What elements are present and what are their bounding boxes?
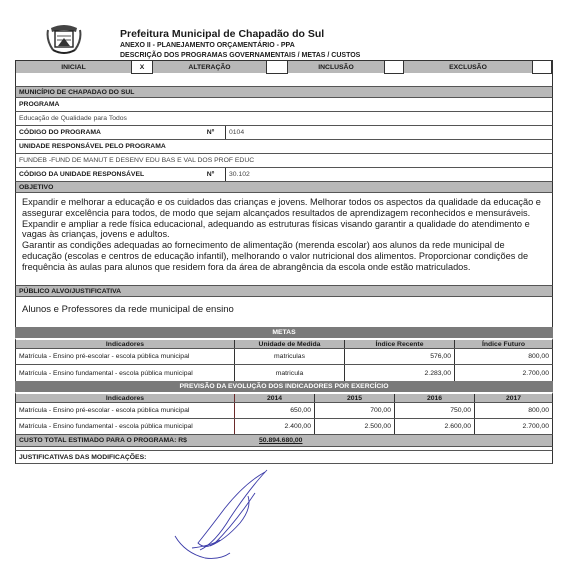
custo-label: CUSTO TOTAL ESTIMADO PARA O PROGRAMA: R$ [16, 435, 256, 446]
metas-row-0-recente: 576,00 [344, 349, 454, 364]
status-inicial-checkbox[interactable]: X [131, 61, 153, 74]
metas-title-row: METAS [15, 327, 553, 338]
custo-value: 50.894.680,00 [256, 435, 336, 446]
previsao-row-0-indicador: Matrícula - Ensino pré-escolar - escola … [16, 403, 234, 418]
objetivo-label: OBJETIVO [16, 182, 56, 192]
metas-header-indicadores: Indicadores [16, 340, 234, 348]
programa-code-value: 0104 [225, 126, 552, 139]
description-subtitle: DESCRIÇÃO DOS PROGRAMAS GOVERNAMENTAIS /… [120, 52, 360, 59]
unidade-code-value: 30.102 [225, 168, 552, 181]
metas-row-1-recente: 2.283,00 [344, 365, 454, 381]
municipio-label: MUNICÍPIO DE CHAPADAO DO SUL [16, 87, 137, 97]
objetivo-label-row: OBJETIVO [15, 182, 553, 193]
metas-row-1-unidade: matricula [234, 365, 344, 381]
programa-value: Educação de Qualidade para Todos [16, 112, 130, 125]
objetivo-paragraph-2: Garantir as condições adequadas ao forne… [22, 240, 546, 272]
unidade-label-row: UNIDADE RESPONSÁVEL PELO PROGRAMA [15, 140, 553, 154]
publico-value-row: Alunos e Professores da rede municipal d… [15, 297, 553, 321]
table-row: Matrícula - Ensino pré-escolar - escola … [15, 349, 553, 365]
previsao-row-1-2017: 2.700,00 [474, 419, 552, 434]
metas-row-0-unidade: matriculas [234, 349, 344, 364]
programa-value-row: Educação de Qualidade para Todos [15, 112, 553, 126]
metas-row-0-futuro: 800,00 [454, 349, 552, 364]
status-inclusao-checkbox[interactable] [384, 61, 404, 74]
municipio-row: MUNICÍPIO DE CHAPADAO DO SUL [15, 87, 553, 98]
previsao-row-0-2016: 750,00 [394, 403, 474, 418]
publico-value: Alunos e Professores da rede municipal d… [16, 297, 240, 321]
previsao-row-1-2016: 2.600,00 [394, 419, 474, 434]
custo-row: CUSTO TOTAL ESTIMADO PARA O PROGRAMA: R$… [15, 435, 553, 447]
previsao-row-1-indicador: Matrícula - Ensino fundamental - escola … [16, 419, 234, 434]
document-header: Prefeitura Municipal de Chapadão do Sul … [0, 0, 572, 60]
status-alteracao-checkbox[interactable] [266, 61, 288, 74]
objetivo-text-row: Expandir e melhorar a educação e os cuid… [15, 193, 553, 286]
status-exclusao-checkbox[interactable] [532, 61, 552, 74]
publico-label-row: PÚBLICO ALVO/JUSTIFICATIVA [15, 286, 553, 297]
unidade-no-label: Nº [196, 168, 225, 181]
unidade-value-row: FUNDEB -FUND DE MANUT E DESENV EDU BAS E… [15, 154, 553, 168]
objetivo-text: Expandir e melhorar a educação e os cuid… [16, 193, 552, 285]
previsao-header-2016: 2016 [394, 394, 474, 402]
previsao-header-row: Indicadores 2014 2015 2016 2017 [15, 392, 553, 403]
blank-row [15, 73, 553, 87]
programa-label: PROGRAMA [16, 98, 62, 111]
previsao-row-1-2015: 2.500,00 [314, 419, 394, 434]
unidade-label: UNIDADE RESPONSÁVEL PELO PROGRAMA [16, 140, 169, 153]
previsao-header-indicadores: Indicadores [16, 394, 234, 402]
metas-header-futuro: Índice Futuro [454, 340, 552, 348]
program-form: INICIAL X ALTERAÇÃO INCLUSÃO EXCLUSÃO MU… [15, 60, 553, 464]
status-exclusao-label: EXCLUSÃO [404, 61, 532, 73]
previsao-row-0-2014: 650,00 [234, 403, 314, 418]
objetivo-paragraph-1: Expandir e melhorar a educação e os cuid… [22, 197, 546, 240]
programa-code-row: CÓDIGO DO PROGRAMA Nº 0104 [15, 126, 553, 140]
metas-row-0-indicador: Matrícula - Ensino pré-escolar - escola … [16, 349, 234, 364]
justificativas-row: JUSTIFICATIVAS DAS MODIFICAÇÕES: [15, 450, 553, 464]
unidade-value: FUNDEB -FUND DE MANUT E DESENV EDU BAS E… [16, 154, 257, 167]
page-title: Prefeitura Municipal de Chapadão do Sul [120, 28, 324, 40]
table-row: Matrícula - Ensino pré-escolar - escola … [15, 403, 553, 419]
metas-header-unidade: Unidade de Medida [234, 340, 344, 348]
metas-row-1-futuro: 2.700,00 [454, 365, 552, 381]
municipal-crest-icon [45, 22, 83, 56]
handwritten-signature-icon [170, 468, 270, 568]
annex-subtitle: ANEXO II - PLANEJAMENTO ORÇAMENTÁRIO - P… [120, 42, 295, 49]
status-inicial-label: INICIAL [16, 61, 131, 73]
metas-title: METAS [16, 327, 552, 338]
programa-code-label: CÓDIGO DO PROGRAMA [16, 126, 196, 139]
table-row: Matrícula - Ensino fundamental - escola … [15, 419, 553, 435]
previsao-header-2015: 2015 [314, 394, 394, 402]
programa-label-row: PROGRAMA [15, 98, 553, 112]
status-row: INICIAL X ALTERAÇÃO INCLUSÃO EXCLUSÃO [15, 60, 553, 73]
previsao-row-1-2014: 2.400,00 [234, 419, 314, 434]
table-row: Matrícula - Ensino fundamental - escola … [15, 365, 553, 381]
previsao-title-row: PREVISÃO DA EVOLUÇÃO DOS INDICADORES POR… [15, 381, 553, 392]
publico-label: PÚBLICO ALVO/JUSTIFICATIVA [16, 286, 124, 296]
metas-header-recente: Índice Recente [344, 340, 454, 348]
metas-header-row: Indicadores Unidade de Medida Índice Rec… [15, 338, 553, 349]
status-alteracao-label: ALTERAÇÃO [153, 61, 266, 73]
previsao-header-2014: 2014 [234, 394, 314, 402]
metas-row-1-indicador: Matrícula - Ensino fundamental - escola … [16, 365, 234, 381]
previsao-row-0-2015: 700,00 [314, 403, 394, 418]
status-inclusao-label: INCLUSÃO [288, 61, 384, 73]
programa-no-label: Nº [196, 126, 225, 139]
previsao-row-0-2017: 800,00 [474, 403, 552, 418]
previsao-title: PREVISÃO DA EVOLUÇÃO DOS INDICADORES POR… [16, 381, 552, 392]
justificativas-label: JUSTIFICATIVAS DAS MODIFICAÇÕES: [16, 451, 149, 463]
unidade-code-label: CÓDIGO DA UNIDADE RESPONSÁVEL [16, 168, 196, 181]
unidade-code-row: CÓDIGO DA UNIDADE RESPONSÁVEL Nº 30.102 [15, 168, 553, 182]
previsao-header-2017: 2017 [474, 394, 552, 402]
